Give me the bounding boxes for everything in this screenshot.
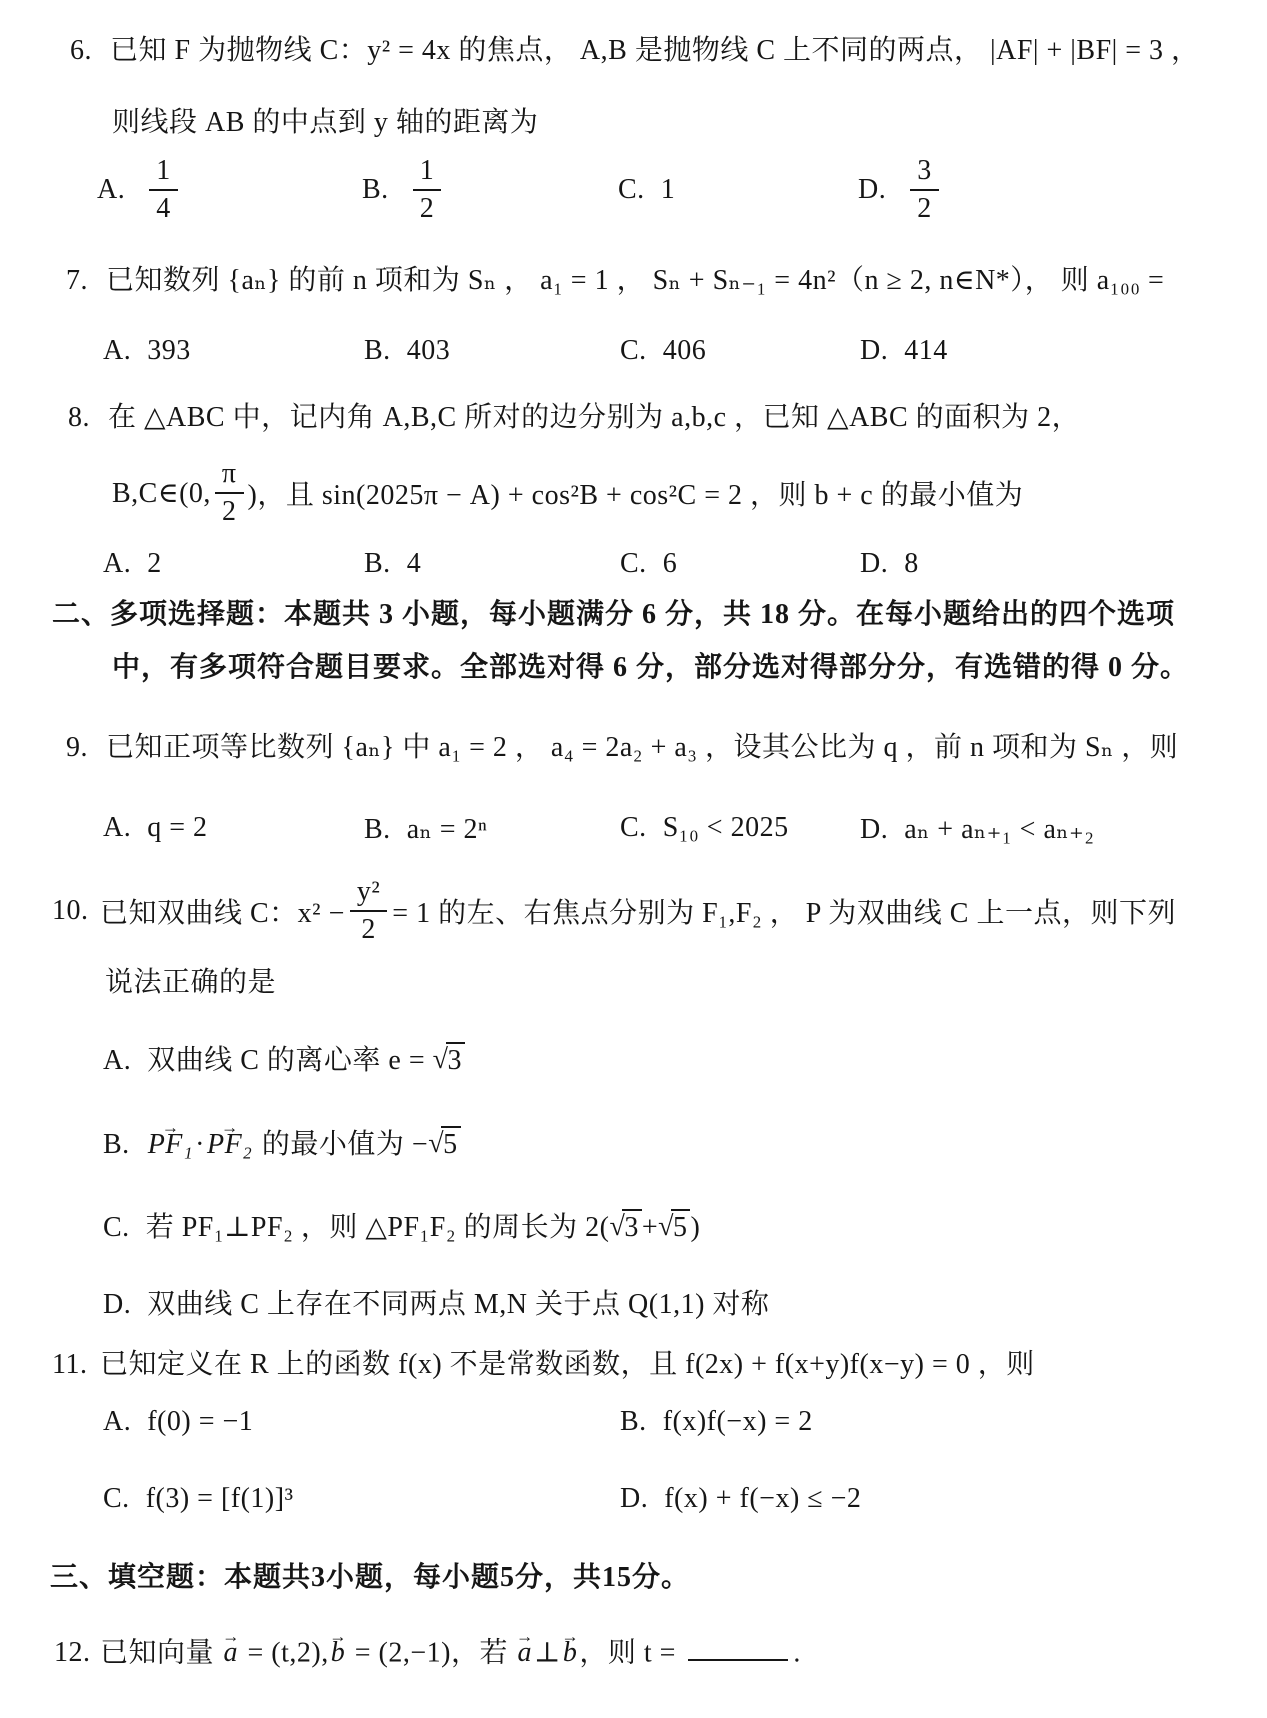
q10-option-c: C.若 PF₁⊥PF₂ ，则 △PF₁F₂ 的周长为 2(3+5) (103, 1205, 700, 1245)
fraction: 14 (149, 155, 178, 225)
q7-option-b: B.403 (364, 335, 450, 367)
q8-option-d-label: D. (860, 548, 888, 579)
vector-PF1: PF₁ (146, 1129, 195, 1161)
exam-page: 6.已知 F 为抛物线 C：y² = 4x 的焦点， A,B 是抛物线 C 上不… (0, 0, 1267, 1718)
q9-number: 9. (66, 732, 106, 764)
fraction-numerator: 1 (413, 155, 442, 191)
q8-line2-pre: B,C∈(0, (112, 476, 211, 510)
q6-line2: 则线段 AB 的中点到 y 轴的距离为 (112, 100, 538, 140)
fraction-denominator: 2 (215, 494, 244, 528)
q12-pre: 已知向量 (100, 1637, 222, 1668)
fraction-denominator: 2 (413, 191, 442, 225)
vector-a: a (222, 1637, 241, 1669)
q8-line2-post: )，且 sin(2025π − A) + cos²B + cos²C = 2 ，… (248, 473, 1024, 513)
plus-operator: + (642, 1212, 658, 1243)
q12-mid2: = (2,−1)，若 (347, 1637, 515, 1668)
q8-option-c-label: C. (620, 548, 647, 579)
q12-period: . (793, 1637, 801, 1668)
sqrt-radicand: 3 (622, 1209, 642, 1245)
q10-option-b-label: B. (103, 1129, 130, 1160)
q9-option-a-label: A. (103, 812, 131, 843)
q7-line-row: 7.已知数列 {aₙ} 的前 n 项和为 Sₙ ， a₁ = 1 ， Sₙ + … (66, 258, 1164, 298)
multi-choice-header-line1: 二、多项选择题：本题共 3 小题，每小题满分 6 分，共 18 分。在每小题给出… (52, 592, 1175, 632)
q9-option-b-text: aₙ = 2ⁿ (407, 814, 488, 845)
q10-option-d-label: D. (103, 1289, 131, 1320)
q9-option-b: B.aₙ = 2ⁿ (364, 812, 487, 846)
q6-option-a: A. 14 (97, 148, 186, 232)
q9-option-a-text: q = 2 (147, 812, 207, 843)
q10-option-a: A.双曲线 C 的离心率 e = 3 (103, 1038, 465, 1078)
q6-option-d-label: D. (858, 174, 886, 206)
q10-option-c-label: C. (103, 1212, 130, 1243)
q10-option-d: D.双曲线 C 上存在不同两点 M,N 关于点 Q(1,1) 对称 (103, 1282, 769, 1322)
q10-option-c-post: ) (690, 1212, 700, 1243)
sqrt: 5 (428, 1129, 460, 1160)
q10-option-c-pre: 若 PF₁⊥PF₂ ，则 △PF₁F₂ 的周长为 2( (146, 1212, 610, 1243)
q9-text: 已知正项等比数列 {aₙ} 中 a₁ = 2 ， a₄ = 2a₂ + a₃ ，… (106, 732, 1178, 763)
q10-option-b: B.PF₁·PF₂ 的最小值为 −5 (103, 1122, 461, 1162)
q8-option-b-label: B. (364, 548, 391, 579)
q10-option-a-label: A. (103, 1045, 131, 1076)
q12-line-row: 12.已知向量 a = (t,2),b = (2,−1)，若 a⊥b，则 t =… (54, 1630, 801, 1670)
q10-number: 10. (52, 895, 100, 927)
q11-option-d-text: f(x) + f(−x) ≤ −2 (664, 1483, 861, 1514)
q11-option-b-label: B. (620, 1406, 647, 1437)
q6-option-c-label: C. (618, 174, 645, 206)
q11-option-b-text: f(x)f(−x) = 2 (663, 1406, 813, 1437)
q8-option-a: A.2 (103, 548, 162, 580)
q10-option-a-pre: 双曲线 C 的离心率 e = (147, 1045, 432, 1076)
fraction: y²2 (350, 876, 387, 946)
q12-number: 12. (54, 1637, 100, 1669)
fraction-denominator: 2 (910, 191, 939, 225)
q9-option-a: A.q = 2 (103, 812, 208, 844)
q11-option-b: B.f(x)f(−x) = 2 (620, 1406, 813, 1438)
q8-number: 8. (68, 402, 108, 434)
q6-option-d: D. 32 (858, 148, 947, 232)
sqrt: 5 (658, 1212, 690, 1243)
fraction-denominator: 2 (350, 912, 387, 946)
vector-PF2: PF₂ (205, 1129, 254, 1161)
q7-number: 7. (66, 265, 106, 297)
sqrt: 3 (433, 1045, 465, 1076)
q10-option-b-mid: 的最小值为 − (254, 1129, 428, 1160)
q8-line1-row: 8.在 △ABC 中，记内角 A,B,C 所对的边分别为 a,b,c ，已知 △… (68, 395, 1080, 435)
q9-option-c-label: C. (620, 812, 647, 843)
sqrt-radicand: 5 (671, 1209, 691, 1245)
q11-option-a-text: f(0) = −1 (147, 1406, 253, 1437)
q10-line1-pre: 已知双曲线 C：x² − (100, 891, 345, 931)
q11-option-c: C.f(3) = [f(1)]³ (103, 1483, 293, 1515)
q11-option-c-text: f(3) = [f(1)]³ (146, 1483, 294, 1514)
q11-option-a: A.f(0) = −1 (103, 1406, 253, 1438)
q7-option-c-text: 406 (663, 335, 707, 366)
answer-blank (688, 1630, 788, 1661)
q7-option-d-label: D. (860, 335, 888, 366)
q11-option-c-label: C. (103, 1483, 130, 1514)
q8-line1: 在 △ABC 中，记内角 A,B,C 所对的边分别为 a,b,c ，已知 △AB… (108, 402, 1080, 433)
fraction: 12 (413, 155, 442, 225)
q11-text: 已知定义在 R 上的函数 f(x) 不是常数函数，且 f(2x) + f(x+y… (100, 1349, 1035, 1380)
q7-option-c-label: C. (620, 335, 647, 366)
q9-option-c-text: S₁₀ < 2025 (663, 812, 789, 843)
q9-option-b-label: B. (364, 814, 391, 845)
fraction-denominator: 4 (149, 191, 178, 225)
fraction-numerator: 1 (149, 155, 178, 191)
multi-choice-header-line2: 中，有多项符合题目要求。全部选对得 6 分，部分选对得部分分，有选错的得 0 分… (112, 645, 1189, 685)
q8-option-d-text: 8 (904, 548, 919, 579)
q11-option-a-label: A. (103, 1406, 131, 1437)
q10-option-d-text: 双曲线 C 上存在不同两点 M,N 关于点 Q(1,1) 对称 (147, 1289, 769, 1320)
q8-option-b: B.4 (364, 548, 421, 580)
perpendicular-symbol: ⊥ (534, 1637, 561, 1668)
q9-option-c: C.S₁₀ < 2025 (620, 812, 789, 844)
q6-number: 6. (70, 35, 110, 67)
q11-option-d: D.f(x) + f(−x) ≤ −2 (620, 1483, 861, 1515)
q8-option-d: D.8 (860, 548, 919, 580)
q7-option-a: A.393 (103, 335, 191, 367)
q6-option-b: B. 12 (362, 148, 449, 232)
q7-option-a-label: A. (103, 335, 131, 366)
vector-b: b (329, 1637, 348, 1669)
q7-option-b-text: 403 (407, 335, 451, 366)
q6-line1-row: 6.已知 F 为抛物线 C：y² = 4x 的焦点， A,B 是抛物线 C 上不… (70, 28, 1200, 68)
q10-line1-post: = 1 的左、右焦点分别为 F₁,F₂ ， P 为双曲线 C 上一点，则下列 (392, 891, 1176, 931)
q7-text: 已知数列 {aₙ} 的前 n 项和为 Sₙ ， a₁ = 1 ， Sₙ + Sₙ… (106, 265, 1164, 296)
sqrt: 3 (609, 1212, 641, 1243)
q10-line2: 说法正确的是 (105, 960, 276, 1000)
q9-option-d: D.aₙ + aₙ₊₁ < aₙ₊₂ (860, 812, 1095, 846)
q12-mid3: ，则 t = (579, 1637, 683, 1668)
q7-option-b-label: B. (364, 335, 391, 366)
vector-a: a (515, 1637, 534, 1669)
q9-option-d-text: aₙ + aₙ₊₁ < aₙ₊₂ (904, 814, 1094, 845)
q11-number: 11. (52, 1349, 100, 1381)
q8-option-a-label: A. (103, 548, 131, 579)
fraction: π2 (215, 458, 244, 528)
q8-option-c: C.6 (620, 548, 677, 580)
q7-option-c: C.406 (620, 335, 706, 367)
sqrt-radicand: 5 (441, 1126, 461, 1162)
q8-option-b-text: 4 (407, 548, 422, 579)
q8-line2-row: B,C∈(0, π2 )，且 sin(2025π − A) + cos²B + … (112, 452, 1023, 534)
q8-option-c-text: 6 (663, 548, 678, 579)
q10-line1-row: 10. 已知双曲线 C：x² − y²2 = 1 的左、右焦点分别为 F₁,F₂… (52, 868, 1176, 954)
fill-in-header: 三、填空题：本题共3小题，每小题5分，共15分。 (50, 1555, 690, 1595)
fraction-numerator: π (215, 458, 244, 494)
q6-option-a-label: A. (97, 174, 125, 206)
q6-line1: 已知 F 为抛物线 C：y² = 4x 的焦点， A,B 是抛物线 C 上不同的… (110, 35, 1200, 66)
fraction-numerator: 3 (910, 155, 939, 191)
fraction: 32 (910, 155, 939, 225)
q7-option-d-text: 414 (904, 335, 948, 366)
q7-option-a-text: 393 (147, 335, 191, 366)
q6-option-b-label: B. (362, 174, 389, 206)
q9-line-row: 9.已知正项等比数列 {aₙ} 中 a₁ = 2 ， a₄ = 2a₂ + a₃… (66, 725, 1178, 765)
vector-b: b (561, 1637, 580, 1669)
q11-line-row: 11.已知定义在 R 上的函数 f(x) 不是常数函数，且 f(2x) + f(… (52, 1342, 1035, 1382)
q6-option-c-text: 1 (661, 174, 676, 206)
q9-option-d-label: D. (860, 814, 888, 845)
q12-mid1: = (t,2), (240, 1637, 329, 1668)
q8-option-a-text: 2 (147, 548, 162, 579)
q6-option-c: C. 1 (618, 148, 675, 232)
q11-option-d-label: D. (620, 1483, 648, 1514)
q7-option-d: D.414 (860, 335, 948, 367)
fraction-numerator: y² (350, 876, 387, 912)
dot-operator: · (195, 1129, 205, 1160)
sqrt-radicand: 3 (446, 1042, 466, 1078)
